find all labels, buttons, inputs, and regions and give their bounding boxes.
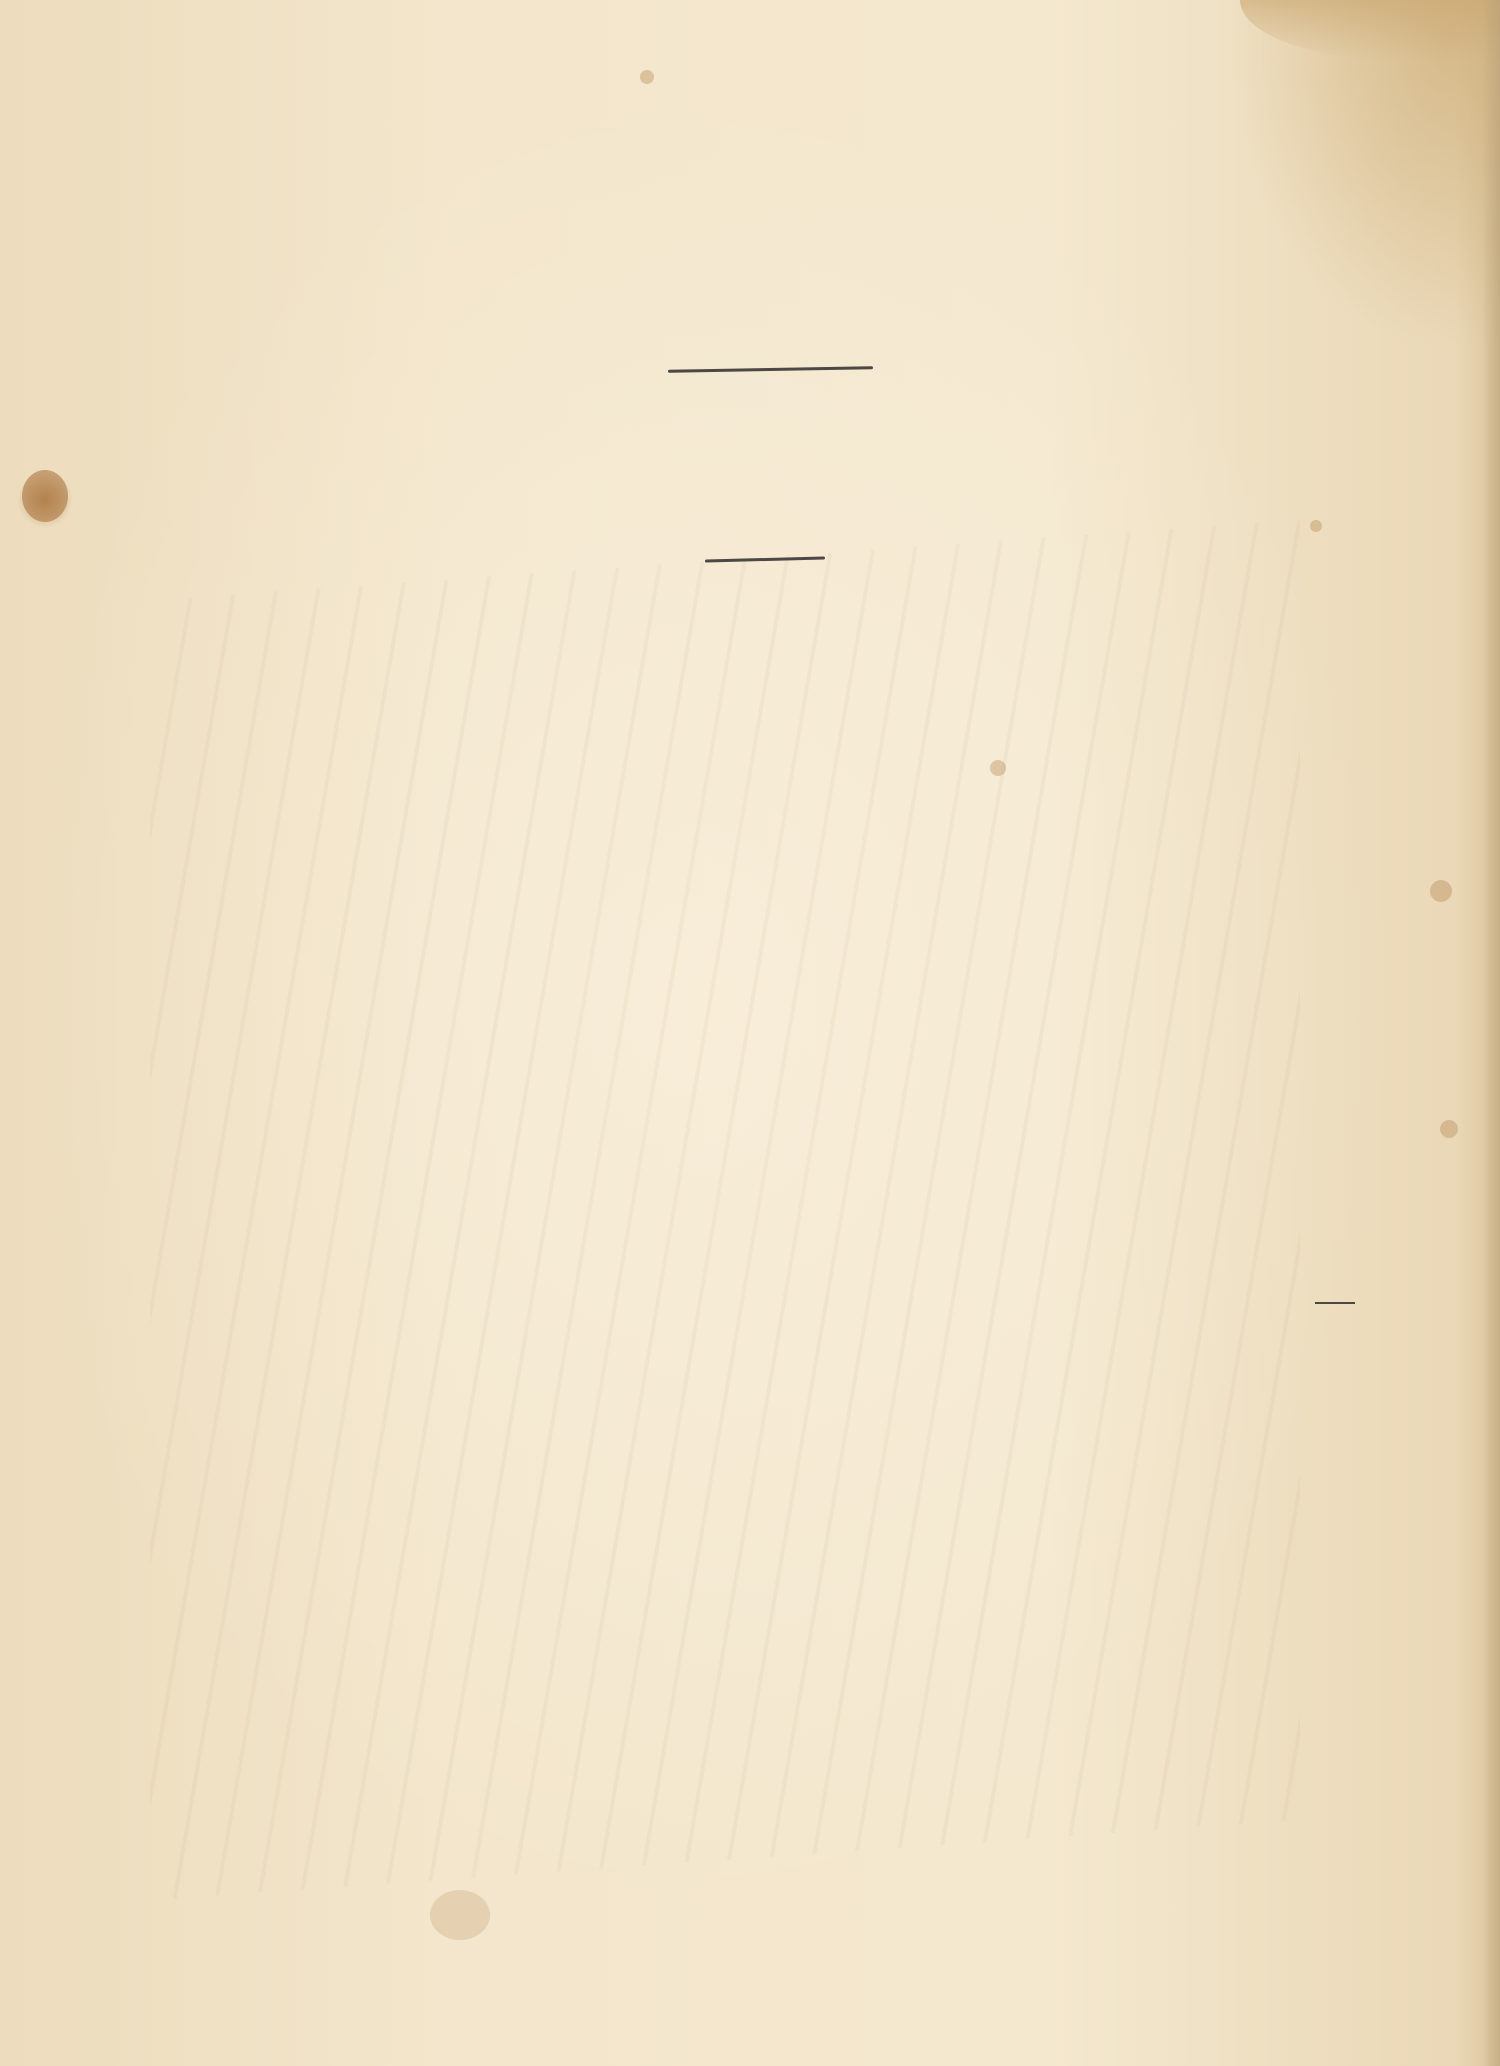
stain	[1440, 1120, 1458, 1138]
stain	[430, 1890, 490, 1940]
stain	[22, 470, 68, 522]
stain	[1430, 880, 1452, 902]
heading-underline	[668, 366, 873, 373]
manuscript-page	[0, 0, 1500, 2066]
margin-mark	[1315, 1302, 1355, 1304]
page-edge	[1482, 0, 1500, 2066]
stain	[990, 760, 1006, 776]
torn-corner-stain	[1240, 0, 1500, 60]
ink-bleedthrough	[150, 520, 1300, 1900]
stain	[640, 70, 654, 84]
stain	[1310, 520, 1322, 532]
